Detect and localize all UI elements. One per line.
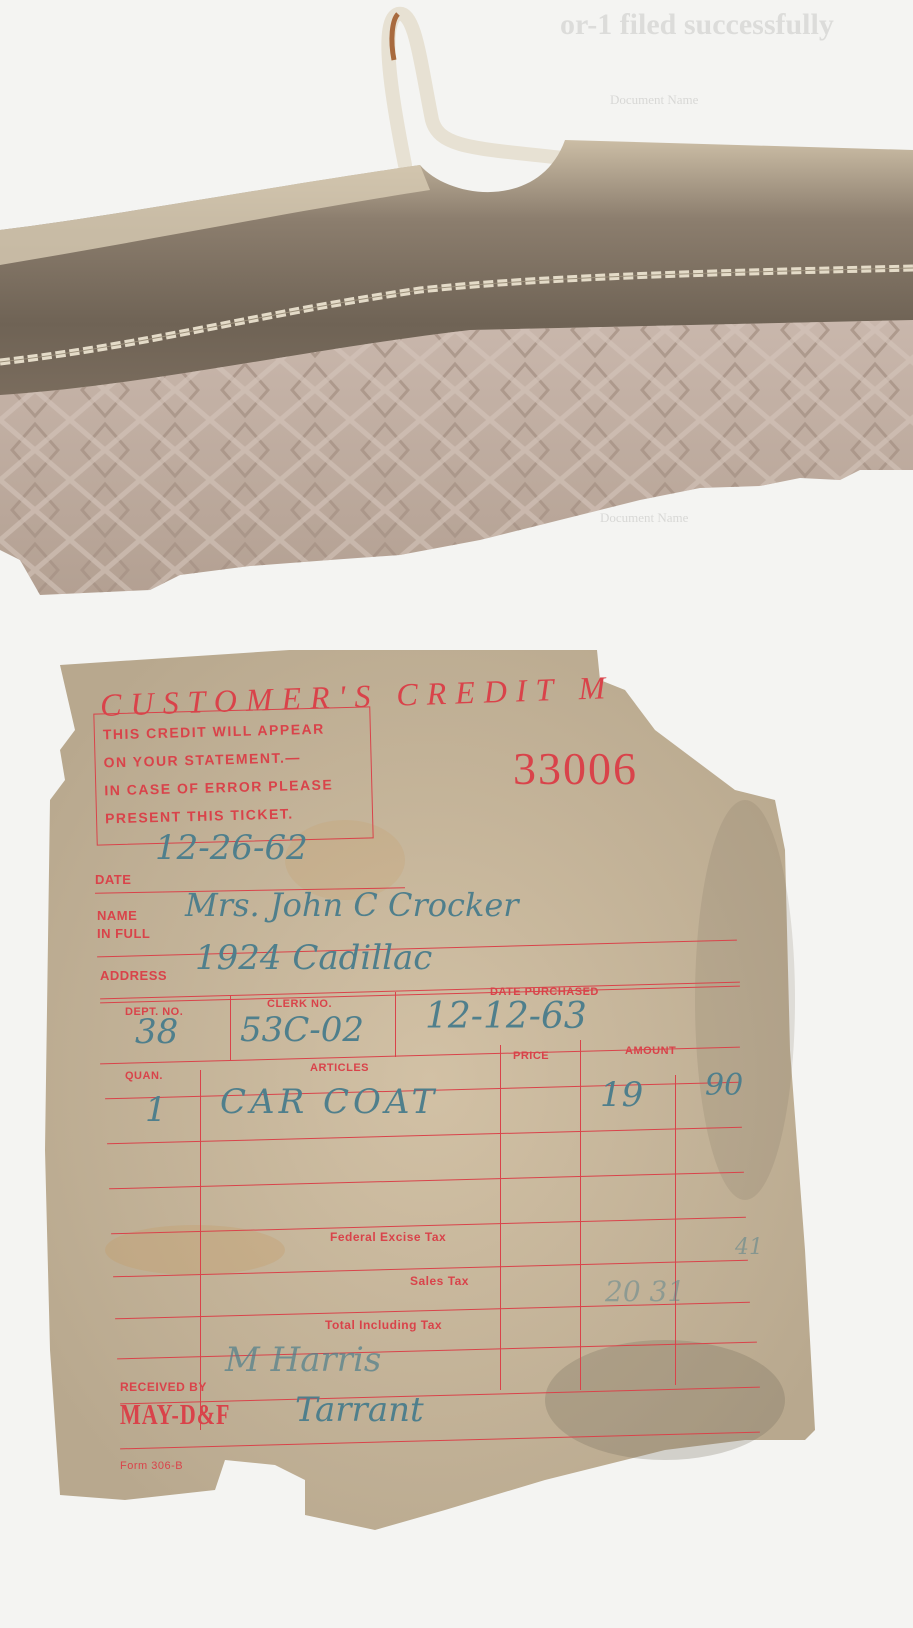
address-value: 1924 Cadillac: [195, 938, 432, 978]
hanging-loop: [388, 14, 580, 165]
customer-credit-memo: CUSTOMER'S CREDIT M THIS CREDIT WILL APP…: [45, 650, 835, 1590]
price-header: PRICE: [513, 1050, 549, 1062]
received-by-signature: M Harris: [225, 1340, 381, 1380]
received-by-label: RECEIVED BY: [120, 1380, 207, 1394]
notice-line: THIS CREDIT WILL APPEAR: [103, 721, 325, 743]
name-value: Mrs. John C Crocker: [185, 886, 519, 924]
date-label: DATE: [95, 872, 131, 887]
car-coat-collar: [0, 0, 913, 620]
address-label: ADDRESS: [100, 968, 167, 983]
notice-line: IN CASE OF ERROR PLEASE: [104, 776, 333, 798]
sales-tax-value: 41: [735, 1235, 763, 1260]
sales-tax-label: Sales Tax: [410, 1274, 469, 1288]
notice-line: ON YOUR STATEMENT.—: [103, 749, 301, 770]
notice-line: PRESENT THIS TICKET.: [105, 805, 294, 826]
item-quantity: 1: [145, 1090, 167, 1130]
total-value: 20 31: [605, 1275, 685, 1308]
clerk-no-label: CLERK NO.: [267, 998, 332, 1010]
item-article: CAR COAT: [220, 1082, 438, 1122]
dept-no-value: 38: [135, 1012, 178, 1052]
federal-excise-tax-label: Federal Excise Tax: [330, 1230, 446, 1244]
date-purchased-value: 12-12-63: [425, 996, 587, 1037]
quan-header: QUAN.: [125, 1070, 163, 1082]
store-stamp: MAY-D&F: [120, 1398, 230, 1432]
notice-box: THIS CREDIT WILL APPEAR ON YOUR STATEMEN…: [93, 706, 373, 845]
clerk-no-value: 53C-02: [240, 1010, 364, 1050]
item-amount-dollars: 19: [600, 1075, 643, 1115]
name-label: NAME: [97, 908, 137, 923]
received-by-signature-line2: Tarrant: [295, 1390, 424, 1430]
form-number: Form 306-B: [120, 1460, 183, 1472]
date-value: 12-26-62: [155, 828, 308, 868]
name-label: IN FULL: [97, 926, 150, 941]
ticket-number: 33006: [513, 742, 638, 795]
collar-illustration: [0, 0, 913, 620]
total-including-tax-label: Total Including Tax: [325, 1318, 442, 1332]
amount-header: AMOUNT: [625, 1045, 676, 1057]
item-amount-cents: 90: [705, 1068, 743, 1103]
articles-header: ARTICLES: [310, 1062, 369, 1074]
